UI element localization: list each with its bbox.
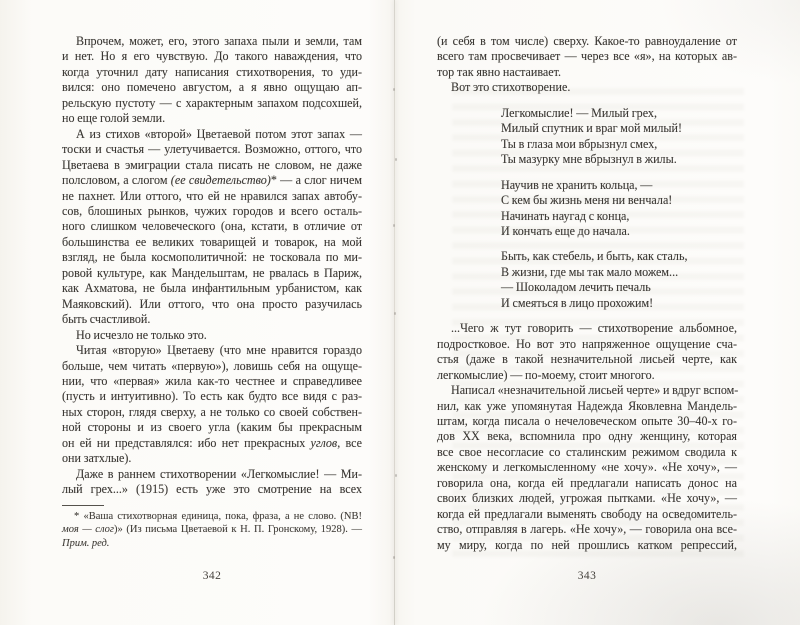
text-line: Маяковский). Или оттого, что она просто … [62, 297, 362, 312]
text-segment: * — а слог ничем [271, 173, 362, 187]
text-line: С кем бы жизнь меня ни венчала! [501, 193, 737, 208]
text-segment: быть счастливой. [62, 312, 150, 326]
text-line: В жизни, где мы так мало можем... [501, 265, 737, 280]
right-page-text: (и себя в том числе) сверху. Какое-то ра… [437, 34, 737, 553]
text-line: нил, как уже упомянутая Надежда Яковлевн… [437, 399, 737, 414]
text-line: он ей ни представлялся: ибо нет прекрасн… [62, 436, 362, 451]
text-segment: Впрочем, может, его, этого запаха пыли и… [76, 34, 362, 48]
text-segment: ного слишком человеческого (она, кстати,… [62, 219, 362, 233]
text-line: Читая «вторую» Цветаеву (что мне нравитс… [62, 343, 362, 358]
text-segment: Написал «незначительной лисьей черте» и … [451, 383, 738, 397]
text-segment: но еще голой земли. [62, 111, 165, 125]
text-line: ство, отправляя в лагерь. «Не хочу», — г… [437, 522, 737, 537]
text-segment: подростковое. Но вот это напряженное ощу… [437, 337, 737, 351]
text-line: стья (даже в такой незначительной лисьей… [437, 352, 737, 367]
text-segment: своих близких людей, угрожая пытками. «Н… [437, 491, 737, 505]
text-line: Ты мазурку мне вбрызнул в жилы. [501, 152, 737, 167]
text-segment: штам, когда писала о нечеловеческом опыт… [437, 414, 737, 428]
footnote-line: моя — слог)» (Из письма Цветаевой к Н. П… [62, 523, 362, 536]
text-segment: он ей ни представлялся: ибо нет прекрасн… [62, 436, 311, 450]
paragraph: Вот это стихотворение. [437, 80, 737, 95]
text-line: (пусть и интуитивно). То есть как будто … [62, 389, 362, 404]
text-segment: (и себя в том числе) сверху. Какое-то ра… [437, 34, 737, 48]
text-segment: тор так явно настаивает. [437, 65, 561, 79]
text-line: ровой культуре, как Мандельштам, не рвал… [62, 266, 362, 281]
dust-speck [393, 224, 395, 227]
paragraph: ...Чего ж тут говорить — стихотворение а… [437, 321, 737, 383]
text-segment: Ты мазурку мне вбрызнул в жилы. [501, 152, 677, 166]
text-line: (и себя в том числе) сверху. Какое-то ра… [437, 34, 737, 49]
poem-stanza: Быть, как стебель, и быть, как сталь,В ж… [501, 249, 737, 311]
text-segment: ство, отправляя в лагерь. «Не хочу», — г… [437, 522, 737, 536]
text-segment: Милый спутник и враг мой милый! [501, 121, 682, 135]
text-line: вился: оно помечено августом, а я явно о… [62, 80, 362, 95]
text-segment: ...Чего ж тут говорить — стихотворение а… [451, 321, 737, 335]
footnote-line: Прим. ред. [62, 537, 362, 550]
text-line: говорила она, когда ей предлагали написа… [437, 476, 737, 491]
text-segment: А из стихов «второй» Цветаевой потом это… [76, 127, 362, 141]
text-segment: Но исчезло не только это. [76, 328, 207, 342]
text-segment: не пахнет. Или оттого, что ей не нравилс… [62, 189, 362, 203]
text-line: Даже в раннем стихотворении «Легкомыслие… [62, 467, 362, 482]
text-line: когда уточнил дату написания стихотворен… [62, 65, 362, 80]
text-line: легкомыслие) — по-моему, стоит многого. [437, 368, 737, 383]
text-segment: * «Ваша стихотворная единица, пока, фраз… [74, 511, 362, 522]
footnote-text: * «Ваша стихотворная единица, пока, фраз… [62, 510, 362, 550]
text-segment: Вот это стихотворение. [451, 80, 570, 94]
text-segment: Ты в глаза мои вбрызнул смех, [501, 137, 657, 151]
text-line: — Шоколадом лечить печаль [501, 280, 737, 295]
text-line: когда ей предлагали выменять свободу на … [437, 507, 737, 522]
text-segment: ной стороны и из своего угла (каким бы п… [62, 420, 362, 434]
text-segment: Читая «вторую» Цветаеву (что мне нравитс… [76, 343, 362, 357]
text-segment: дов XX века, вспомнила про одну женщину,… [437, 429, 737, 443]
footnote-line: * «Ваша стихотворная единица, пока, фраз… [62, 510, 362, 523]
text-line: ной стороны и из своего угла (каким бы п… [62, 420, 362, 435]
book-spread: Впрочем, может, его, этого запаха пыли и… [0, 0, 800, 625]
text-segment: И кончать еще до начала. [501, 224, 630, 238]
text-line: Написал «незначительной лисьей черте» и … [437, 383, 737, 398]
text-segment: В жизни, где мы так мало можем... [501, 265, 678, 279]
page-number-left: 342 [62, 570, 362, 582]
text-segment: нии, что «первая» жила как-то честнее и … [62, 374, 362, 388]
text-line: тоски и счастья — улетучивается. Возможн… [62, 142, 362, 157]
text-line: тор так явно настаивает. [437, 65, 737, 80]
text-segment: сов, блошиных рынков, чужих городов и вс… [62, 204, 362, 218]
text-line: всего там просвечивает — через все «я», … [437, 49, 737, 64]
text-segment: больше, чем читать «первую»), ловишь себ… [62, 359, 362, 373]
text-line: штам, когда писала о нечеловеческом опыт… [437, 414, 737, 429]
text-line: Легкомыслие! — Милый грех, [501, 106, 737, 121]
text-segment: С кем бы жизнь меня ни венчала! [501, 193, 672, 207]
text-segment: Цветаева в эмиграции стала писать не сло… [62, 158, 362, 172]
text-line: Начинать наугад с конца, [501, 209, 737, 224]
text-segment: большинства ее великих товарищей и товар… [62, 235, 362, 249]
text-segment: Легкомыслие! — Милый грех, [501, 106, 657, 120]
text-segment: рельскую пустоту — с характерным запахом… [62, 96, 362, 110]
text-segment: Даже в раннем стихотворении «Легкомыслие… [76, 467, 362, 481]
text-line: все свое несогласие со сталинским режимо… [437, 445, 737, 460]
text-segment: всего там просвечивает — через все «я», … [437, 49, 737, 63]
text-line: полсловом, а слогом (ее свидетельство)* … [62, 173, 362, 188]
text-segment: ных сторон, глядя сверху, а не только со… [62, 405, 362, 419]
dust-speck [393, 556, 395, 559]
text-line: дов XX века, вспомнила про одну женщину,… [437, 429, 737, 444]
text-segment: все свое несогласие со сталинским режимо… [437, 445, 737, 459]
text-segment: ровой культуре, как Мандельштам, не рвал… [62, 266, 362, 280]
text-segment: как Ахматова, не была инфантильным урбан… [62, 281, 362, 295]
text-line: му миру, когда по ней прошлись катком ре… [437, 538, 737, 553]
italic-text: углов [311, 436, 338, 450]
paragraph: Читая «вторую» Цветаеву (что мне нравитс… [62, 343, 362, 467]
text-line: как Ахматова, не была инфантильным урбан… [62, 281, 362, 296]
text-segment: взгляд, не была космополитичной: не тоск… [62, 250, 362, 264]
text-segment: тоски и счастья — улетучивается. Возможн… [62, 142, 362, 156]
text-line: Милый спутник и враг мой милый! [501, 121, 737, 136]
footnote-rule [62, 505, 104, 506]
text-line: сов, блошиных рынков, чужих городов и вс… [62, 204, 362, 219]
text-line: Цветаева в эмиграции стала писать не сло… [62, 158, 362, 173]
paragraph: Написал «незначительной лисьей черте» и … [437, 383, 737, 553]
text-segment: Научив не хранить кольца, — [501, 178, 652, 192]
text-segment: Начинать наугад с конца, [501, 209, 629, 223]
text-segment: и нет. Но я его чувствую. До такого нава… [62, 49, 362, 63]
page-number-right: 343 [437, 570, 737, 582]
dust-speck [395, 158, 397, 161]
text-line: они затхлые). [62, 451, 362, 466]
text-line: быть счастливой. [62, 312, 362, 327]
paragraph: Впрочем, может, его, этого запаха пыли и… [62, 34, 362, 127]
text-line: ных сторон, глядя сверху, а не только со… [62, 405, 362, 420]
paragraph: А из стихов «второй» Цветаевой потом это… [62, 127, 362, 328]
text-segment: (пусть и интуитивно). То есть как будто … [62, 389, 362, 403]
text-line: своих близких людей, угрожая пытками. «Н… [437, 491, 737, 506]
text-segment: когда уточнил дату написания стихотворен… [62, 65, 362, 79]
text-line: Вот это стихотворение. [437, 80, 737, 95]
text-line: ...Чего ж тут говорить — стихотворение а… [437, 321, 737, 336]
text-line: А из стихов «второй» Цветаевой потом это… [62, 127, 362, 142]
text-segment: полсловом, а слогом [62, 173, 171, 187]
text-segment: вился: оно помечено августом, а я явно о… [62, 80, 362, 94]
text-line: Впрочем, может, его, этого запаха пыли и… [62, 34, 362, 49]
paragraph: (и себя в том числе) сверху. Какое-то ра… [437, 34, 737, 80]
paragraph: Но исчезло не только это. [62, 328, 362, 343]
dust-speck [393, 88, 395, 91]
text-line: подростковое. Но вот это напряженное ощу… [437, 337, 737, 352]
text-line: и нет. Но я его чувствую. До такого нава… [62, 49, 362, 64]
text-line: женскому и легкомысленному «не хочу». «Н… [437, 460, 737, 475]
footnote: * «Ваша стихотворная единица, пока, фраз… [62, 505, 362, 550]
text-segment: женскому и легкомысленному «не хочу». «Н… [437, 460, 737, 474]
text-segment: легкомыслие) — по-моему, стоит многого. [437, 368, 655, 382]
text-line: Быть, как стебель, и быть, как сталь, [501, 249, 737, 264]
text-segment: Маяковский). Или оттого, что она просто … [62, 297, 362, 311]
text-line: нии, что «первая» жила как-то честнее и … [62, 374, 362, 389]
text-segment: нил, как уже упомянутая Надежда Яковлевн… [437, 399, 737, 413]
dust-speck [394, 312, 396, 315]
text-segment: они затхлые). [62, 451, 131, 465]
poem-stanza: Научив не хранить кольца, —С кем бы жизн… [501, 178, 737, 240]
text-line: И смеяться в лицо прохожим! [501, 296, 737, 311]
text-segment: стья (даже в такой незначительной лисьей… [437, 352, 737, 366]
text-segment: — Шоколадом лечить печаль [501, 280, 651, 294]
text-segment: )» (Из письма Цветаевой к Н. П. Гронском… [114, 524, 362, 535]
poem-stanza: Легкомыслие! — Милый грех,Милый спутник … [501, 106, 737, 168]
text-line: Научив не хранить кольца, — [501, 178, 737, 193]
text-segment: му миру, когда по ней прошлись катком ре… [437, 538, 737, 552]
text-segment: Быть, как стебель, и быть, как сталь, [501, 249, 688, 263]
text-line: ного слишком человеческого (она, кстати,… [62, 219, 362, 234]
text-line: Но исчезло не только это. [62, 328, 362, 343]
paragraph: Даже в раннем стихотворении «Легкомыслие… [62, 467, 362, 498]
text-segment: И смеяться в лицо прохожим! [501, 296, 653, 310]
text-line: Ты в глаза мои вбрызнул смех, [501, 137, 737, 152]
text-segment: когда ей предлагали выменять свободу на … [437, 507, 737, 521]
text-line: но еще голой земли. [62, 111, 362, 126]
text-line: рельскую пустоту — с характерным запахом… [62, 96, 362, 111]
text-segment: , все [337, 436, 362, 450]
text-line: И кончать еще до начала. [501, 224, 737, 239]
left-page-text: Впрочем, может, его, этого запаха пыли и… [62, 34, 362, 498]
italic-text: (ее свидетельство) [171, 173, 271, 187]
text-line: взгляд, не была космополитичной: не тоск… [62, 250, 362, 265]
text-line: не пахнет. Или оттого, что ей не нравилс… [62, 189, 362, 204]
text-segment: говорила она, когда ей предлагали написа… [437, 476, 737, 490]
dust-speck [395, 474, 397, 477]
text-segment: лый грех...» (1915) есть уже это смотрен… [62, 482, 362, 496]
italic-text: Прим. ред. [62, 538, 109, 549]
italic-text: моя — слог [62, 524, 114, 535]
text-line: лый грех...» (1915) есть уже это смотрен… [62, 482, 362, 497]
text-line: большинства ее великих товарищей и товар… [62, 235, 362, 250]
text-line: больше, чем читать «первую»), ловишь себ… [62, 359, 362, 374]
